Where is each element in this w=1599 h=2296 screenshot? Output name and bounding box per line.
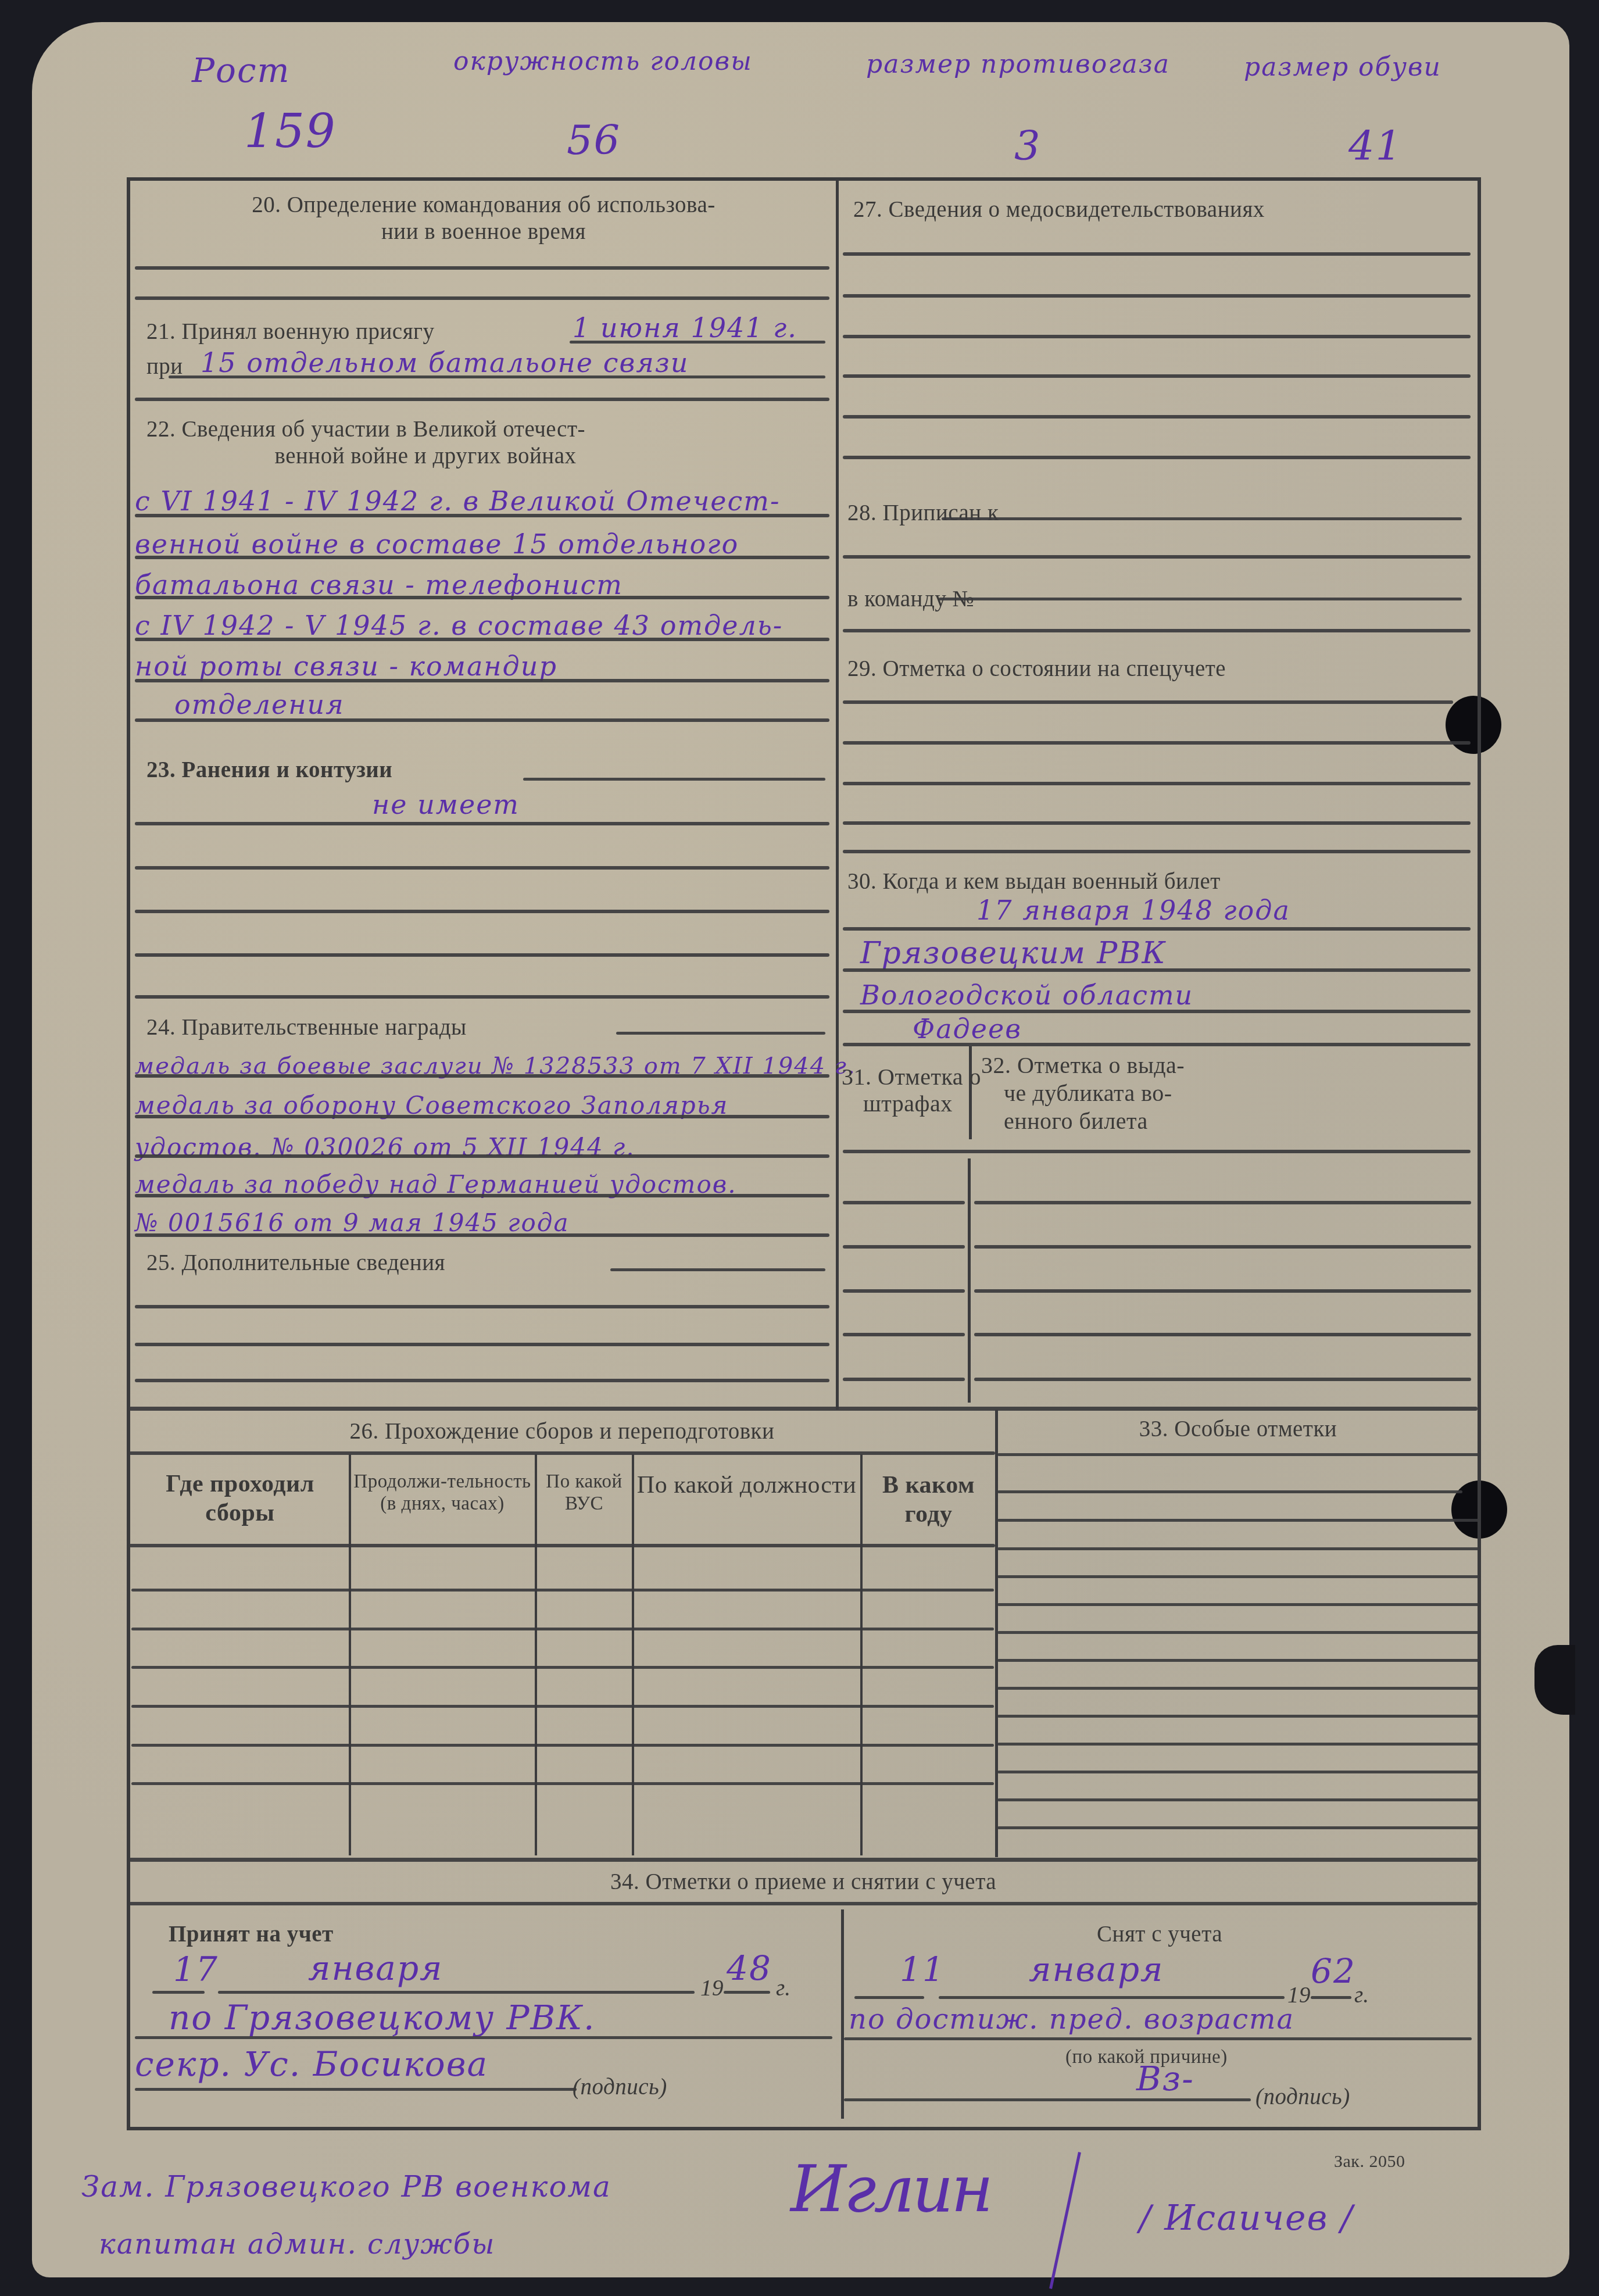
rule <box>135 296 829 300</box>
rule <box>129 1902 1478 1905</box>
rule <box>844 2098 1251 2101</box>
s29-label: 29. Отметка о состоянии на спецучете <box>847 656 1226 682</box>
label-head-circumference: окружность головы <box>453 47 753 77</box>
rule <box>843 700 1453 704</box>
rule <box>135 995 829 999</box>
table-col-divider <box>632 1454 634 1855</box>
rule <box>997 1798 1480 1801</box>
rule <box>997 1771 1480 1773</box>
rule <box>843 1043 1471 1046</box>
s34-accepted-day[interactable]: 17 <box>173 1954 219 1984</box>
s34-title: 34. Отметки о приеме и снятии с учета <box>129 1869 1478 1896</box>
rule <box>997 1547 1480 1550</box>
s22-line-2[interactable]: венной войне в составе 15 отдельного <box>135 529 739 559</box>
rule <box>135 1074 829 1078</box>
table-row[interactable] <box>131 1744 994 1747</box>
s34-accepted-year[interactable]: 48 <box>727 1953 772 1983</box>
rule <box>939 598 1462 600</box>
rule <box>854 1996 924 1999</box>
s30-signature[interactable]: Фадеев <box>913 1014 1022 1044</box>
rule <box>843 1245 965 1249</box>
s34-removed-reason[interactable]: по достиж. пред. возраста <box>849 2004 1294 2034</box>
rule <box>135 953 829 957</box>
s32-label-cont: че дубликата во- <box>1004 1080 1172 1107</box>
rule <box>135 1194 829 1197</box>
column-divider <box>836 180 839 1410</box>
rule <box>843 1289 965 1293</box>
table-col-divider <box>535 1454 537 1855</box>
rule <box>844 2037 1472 2040</box>
rule <box>135 398 829 401</box>
s34-accepted-year-unit: г. <box>776 1975 790 2002</box>
rule <box>974 1201 1471 1204</box>
s30-issue-date[interactable]: 17 января 1948 года <box>976 895 1290 925</box>
label-height: Рост <box>192 55 290 85</box>
rule <box>974 1333 1471 1336</box>
rule <box>616 1032 825 1035</box>
s34-removed-year[interactable]: 62 <box>1311 1956 1356 1986</box>
rule <box>997 1743 1480 1746</box>
s22-line-6[interactable]: отделения <box>174 689 345 720</box>
value-head-circumference: 56 <box>567 125 621 155</box>
rule <box>843 335 1471 338</box>
rule <box>724 1991 770 1994</box>
rule <box>135 679 829 682</box>
rule <box>843 629 1471 632</box>
rule <box>610 1268 825 1271</box>
rule <box>843 415 1471 419</box>
s34-accepted-signature[interactable]: секр. Ус. Босикова <box>135 2049 488 2079</box>
rule <box>843 968 1471 972</box>
rule <box>997 1490 1462 1493</box>
rule <box>169 375 825 378</box>
s34-accepted-signature-caption: (подпись) <box>573 2074 667 2101</box>
table-header-bottom <box>129 1544 995 1547</box>
s34-removed-day[interactable]: 11 <box>900 1954 945 1984</box>
s21-oath-date[interactable]: 1 июня 1941 г. <box>573 313 797 343</box>
s34-accepted-by[interactable]: по Грязовецкому РВК. <box>169 2002 595 2033</box>
s20-label-cont: нии в военное время <box>135 219 832 245</box>
rule <box>997 1631 1480 1634</box>
rule <box>843 252 1471 256</box>
s32-label-cont2: енного билета <box>1004 1108 1148 1135</box>
rule <box>843 927 1471 931</box>
s21-oath-unit[interactable]: 15 отдельном батальоне связи <box>201 348 689 378</box>
rule <box>135 910 829 913</box>
rule <box>942 517 1462 520</box>
rule <box>135 1115 829 1118</box>
rule <box>843 782 1471 785</box>
value-height: 159 <box>244 116 337 146</box>
rule <box>523 778 825 781</box>
rule <box>135 718 829 722</box>
rule <box>843 555 1471 559</box>
s21-label: 21. Принял военную присягу <box>146 319 435 345</box>
rule <box>135 266 829 270</box>
footer-signature-name: / Исаичев / <box>1139 2203 1354 2233</box>
s31-label: 31. Отметка о <box>842 1064 981 1090</box>
rule <box>843 294 1471 298</box>
table-header-col2: Продолжи-тельность (в днях, часах) <box>352 1471 533 1515</box>
rule <box>843 456 1471 459</box>
s22-line-5[interactable]: ной роты связи - командир <box>135 651 557 681</box>
table-header-col4: По какой должности <box>635 1471 858 1500</box>
s24-label: 24. Правительственные награды <box>146 1014 467 1041</box>
s31-s32-divider-lower <box>968 1158 971 1403</box>
rule <box>997 1603 1480 1606</box>
rule <box>218 1991 695 1994</box>
table-col-divider <box>860 1454 863 1855</box>
s34-removed-month[interactable]: января <box>1029 1954 1164 1984</box>
rule <box>997 1453 1480 1456</box>
s22-label-cont: венной войне и других войнах <box>135 443 716 470</box>
s33-label: 33. Особые отметки <box>1000 1416 1476 1443</box>
s34-removed-label: Снят с учета <box>849 1921 1471 1948</box>
s22-line-1[interactable]: с VI 1941 - IV 1942 г. в Великой Отечест… <box>135 486 781 516</box>
label-gasmask-size: размер противогаза <box>866 49 1170 80</box>
footer-officer-title: Зам. Грязовецкого РВ военкома <box>81 2172 611 2202</box>
rule <box>997 1687 1480 1690</box>
table-col-divider <box>349 1454 351 1855</box>
rule <box>135 1379 829 1382</box>
section-divider <box>129 1407 1478 1411</box>
s25-label: 25. Дополнительные сведения <box>146 1250 445 1276</box>
value-gasmask-size: 3 <box>1014 131 1042 161</box>
rule <box>135 596 829 599</box>
s31-label-cont: штрафах <box>863 1090 953 1117</box>
rule <box>135 1343 829 1346</box>
rule <box>997 1715 1480 1718</box>
s34-accepted-label: Принят на учет <box>169 1921 334 1948</box>
rule <box>974 1289 1471 1293</box>
s20-label: 20. Определение командования об использо… <box>135 192 832 219</box>
rule <box>997 1519 1480 1522</box>
table-header-col3: По какой ВУС <box>538 1471 631 1515</box>
table-row[interactable] <box>131 1705 994 1708</box>
section-divider <box>129 1858 1478 1862</box>
s26-title: 26. Прохождение сборов и переподготовки <box>129 1418 995 1445</box>
rule <box>135 638 829 641</box>
s34-removed-signature-caption: (подпись) <box>1255 2084 1350 2111</box>
rule <box>997 1826 1480 1829</box>
rule <box>135 514 829 517</box>
rule <box>939 1996 1285 1999</box>
rule <box>843 741 1471 745</box>
s32-label: 32. Отметка о выда- <box>981 1052 1185 1079</box>
s34-removed-signature[interactable]: Вз- <box>1136 2063 1194 2094</box>
table-row[interactable] <box>131 1589 994 1592</box>
s30-region[interactable]: Вологодской области <box>860 980 1193 1010</box>
s30-label: 30. Когда и кем выдан военный билет <box>847 868 1221 895</box>
footer-print-order: Зак. 2050 <box>1334 2151 1405 2173</box>
table-row[interactable] <box>131 1628 994 1630</box>
s23-value[interactable]: не имеет <box>372 789 520 820</box>
table-row[interactable] <box>131 1666 994 1669</box>
table-row[interactable] <box>131 1782 994 1785</box>
rule <box>997 1575 1480 1578</box>
footer-officer-rank: капитан админ. службы <box>99 2229 495 2259</box>
rule <box>843 821 1471 825</box>
rule <box>135 1154 829 1158</box>
rule <box>135 1305 829 1308</box>
s22-label: 22. Сведения об участии в Великой отечес… <box>146 416 585 443</box>
table-header-col1: Где проходил сборы <box>133 1469 348 1528</box>
table-header-col5: В каком году <box>863 1471 994 1529</box>
rule <box>974 1378 1471 1381</box>
rule <box>843 1201 965 1204</box>
rule <box>135 866 829 870</box>
rule <box>997 1659 1480 1662</box>
rule <box>135 822 829 825</box>
rule <box>843 850 1471 853</box>
s34-removed-year-unit: г. <box>1354 1982 1369 2009</box>
s34-divider <box>841 1909 844 2119</box>
footer-signature: Иглин <box>790 2174 991 2204</box>
rule <box>843 1378 965 1381</box>
s23-label: 23. Ранения и контузии <box>146 757 392 784</box>
s24-award-3[interactable]: удостов. № 030026 от 5 XII 1944 г. <box>135 1132 635 1163</box>
table-header-top <box>129 1451 995 1455</box>
s34-accepted-month[interactable]: января <box>308 1953 443 1983</box>
rule <box>974 1245 1471 1249</box>
label-shoe-size: размер обуви <box>1244 52 1441 83</box>
rule <box>1311 1996 1351 1999</box>
s27-label: 27. Сведения о медосвидетельствованиях <box>853 196 1265 223</box>
rule <box>135 556 829 559</box>
rule <box>843 1333 965 1336</box>
rule <box>843 374 1471 378</box>
rule <box>135 1233 829 1237</box>
s28-label: 28. Приписан к <box>847 500 999 527</box>
s34-accepted-year-prefix: 19 <box>700 1975 724 2002</box>
rule <box>843 1150 1471 1153</box>
s30-issued-by[interactable]: Грязовецким РВК <box>860 938 1167 968</box>
rule <box>570 341 825 344</box>
rule <box>135 2036 832 2039</box>
rule <box>152 1991 205 1994</box>
s22-line-4[interactable]: с IV 1942 - V 1945 г. в составе 43 отдел… <box>135 610 783 641</box>
rule <box>135 2088 577 2091</box>
s31-s32-divider <box>969 1046 972 1139</box>
value-shoe-size: 41 <box>1348 131 1403 161</box>
